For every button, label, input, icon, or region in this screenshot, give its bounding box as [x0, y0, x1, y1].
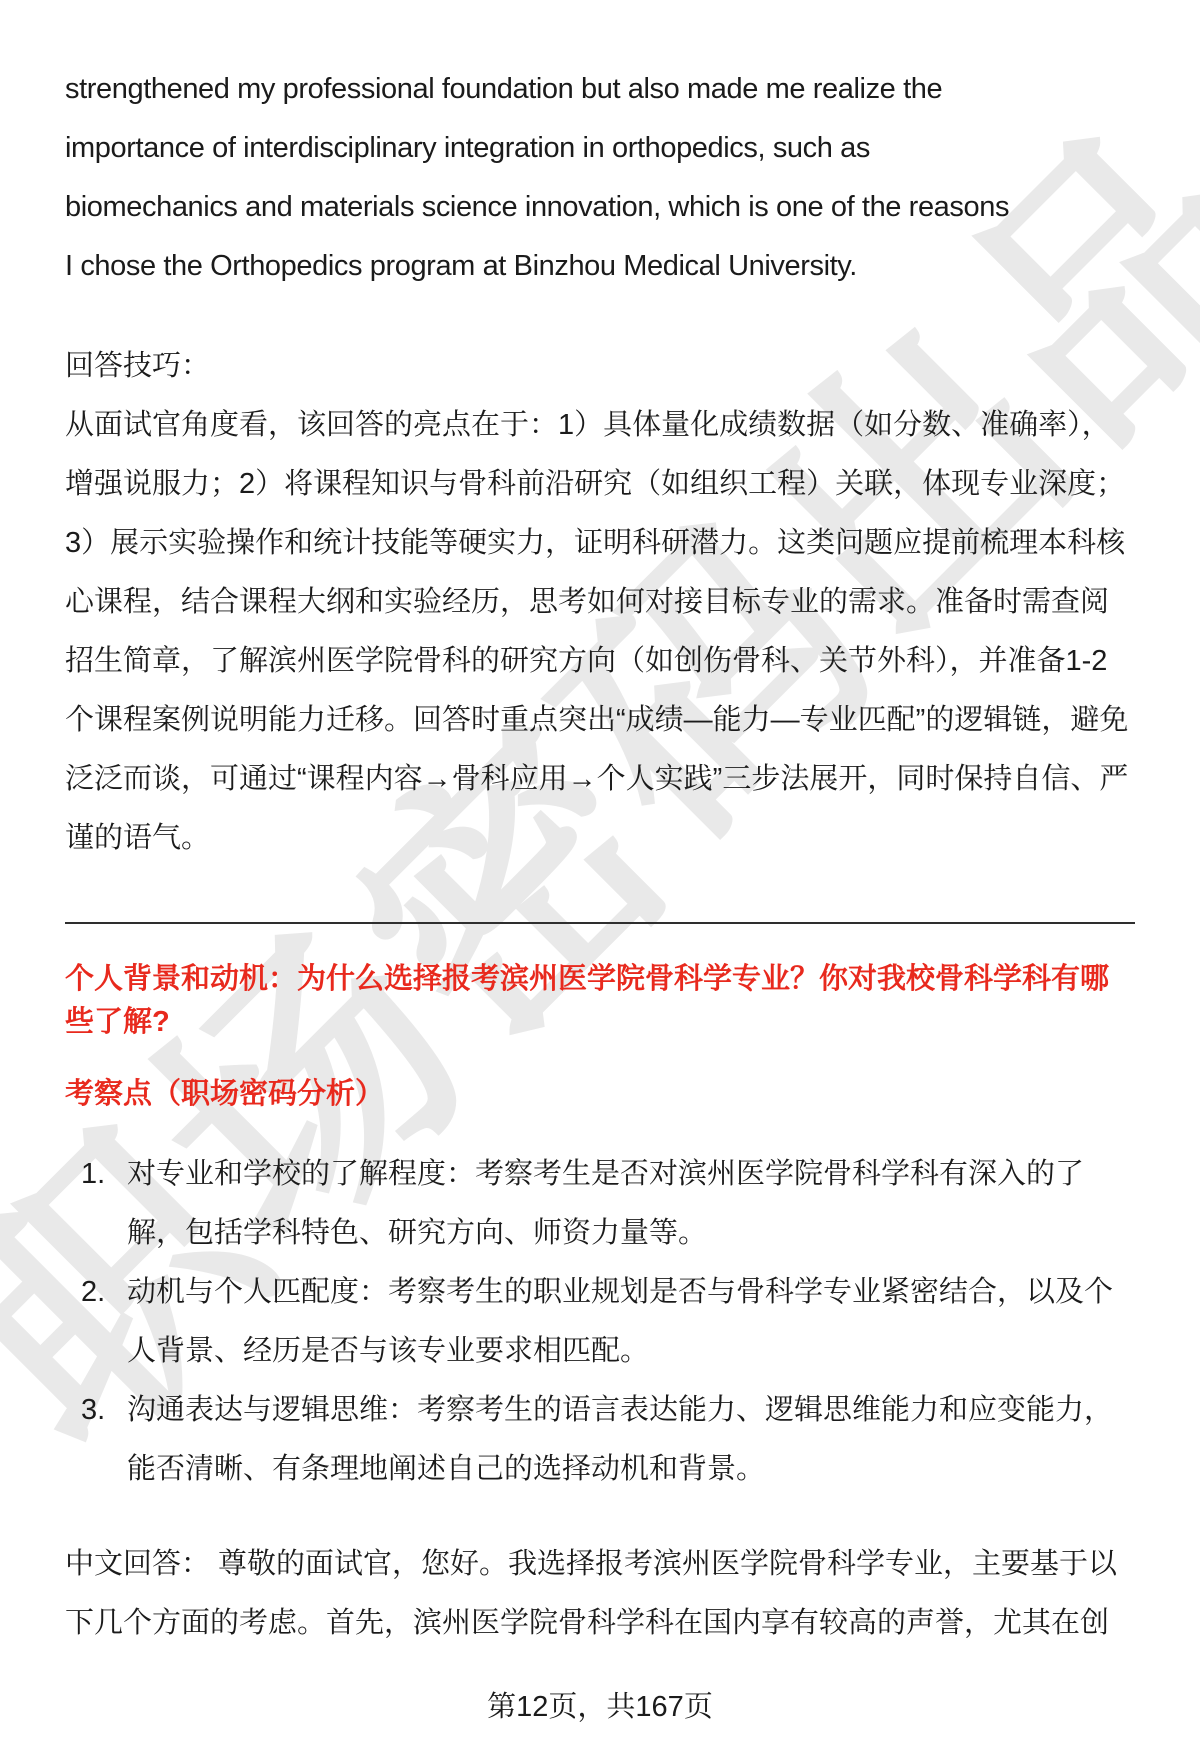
list-item-text: 对专业和学校的了解程度：考察考生是否对滨州医学院骨科学科有深入的了解，包括学科特… — [127, 1158, 1084, 1249]
list-item-number: 3. — [81, 1381, 105, 1440]
list-item-text: 沟通表达与逻辑思维：考察考生的语言表达能力、逻辑思维能力和应变能力，能否清晰、有… — [127, 1394, 1113, 1485]
section-divider — [65, 922, 1135, 924]
list-item: 3. 沟通表达与逻辑思维：考察考生的语言表达能力、逻辑思维能力和应变能力，能否清… — [65, 1381, 1135, 1499]
list-item-number: 2. — [81, 1263, 105, 1322]
list-item: 2. 动机与个人匹配度：考察考生的职业规划是否与骨科学专业紧密结合，以及个人背景… — [65, 1263, 1135, 1381]
list-item-number: 1. — [81, 1145, 105, 1204]
exam-points-heading: 考察点（职场密码分析） — [65, 1073, 1135, 1116]
chinese-answer-paragraph: 中文回答： 尊敬的面试官，您好。我选择报考滨州医学院骨科学专业，主要基于以下几个… — [65, 1535, 1135, 1653]
page-footer: 第12页，共167页 — [65, 1678, 1135, 1737]
english-paragraph: strengthened my professional foundation … — [65, 60, 1135, 296]
page-content: strengthened my professional foundation … — [0, 0, 1200, 1737]
list-item-text: 动机与个人匹配度：考察考生的职业规划是否与骨科学专业紧密结合，以及个人背景、经历… — [127, 1276, 1113, 1367]
document-page: 职场密码出品 strengthened my professional foun… — [0, 0, 1200, 1755]
tips-label: 回答技巧： — [65, 337, 1135, 396]
tips-body-paragraph: 从面试官角度看，该回答的亮点在于：1）具体量化成绩数据（如分数、准确率），增强说… — [65, 396, 1135, 868]
exam-points-list: 1. 对专业和学校的了解程度：考察考生是否对滨州医学院骨科学科有深入的了解，包括… — [65, 1145, 1135, 1499]
list-item: 1. 对专业和学校的了解程度：考察考生是否对滨州医学院骨科学科有深入的了解，包括… — [65, 1145, 1135, 1263]
question-heading: 个人背景和动机：为什么选择报考滨州医学院骨科学专业？你对我校骨科学科有哪些了解? — [65, 958, 1135, 1044]
